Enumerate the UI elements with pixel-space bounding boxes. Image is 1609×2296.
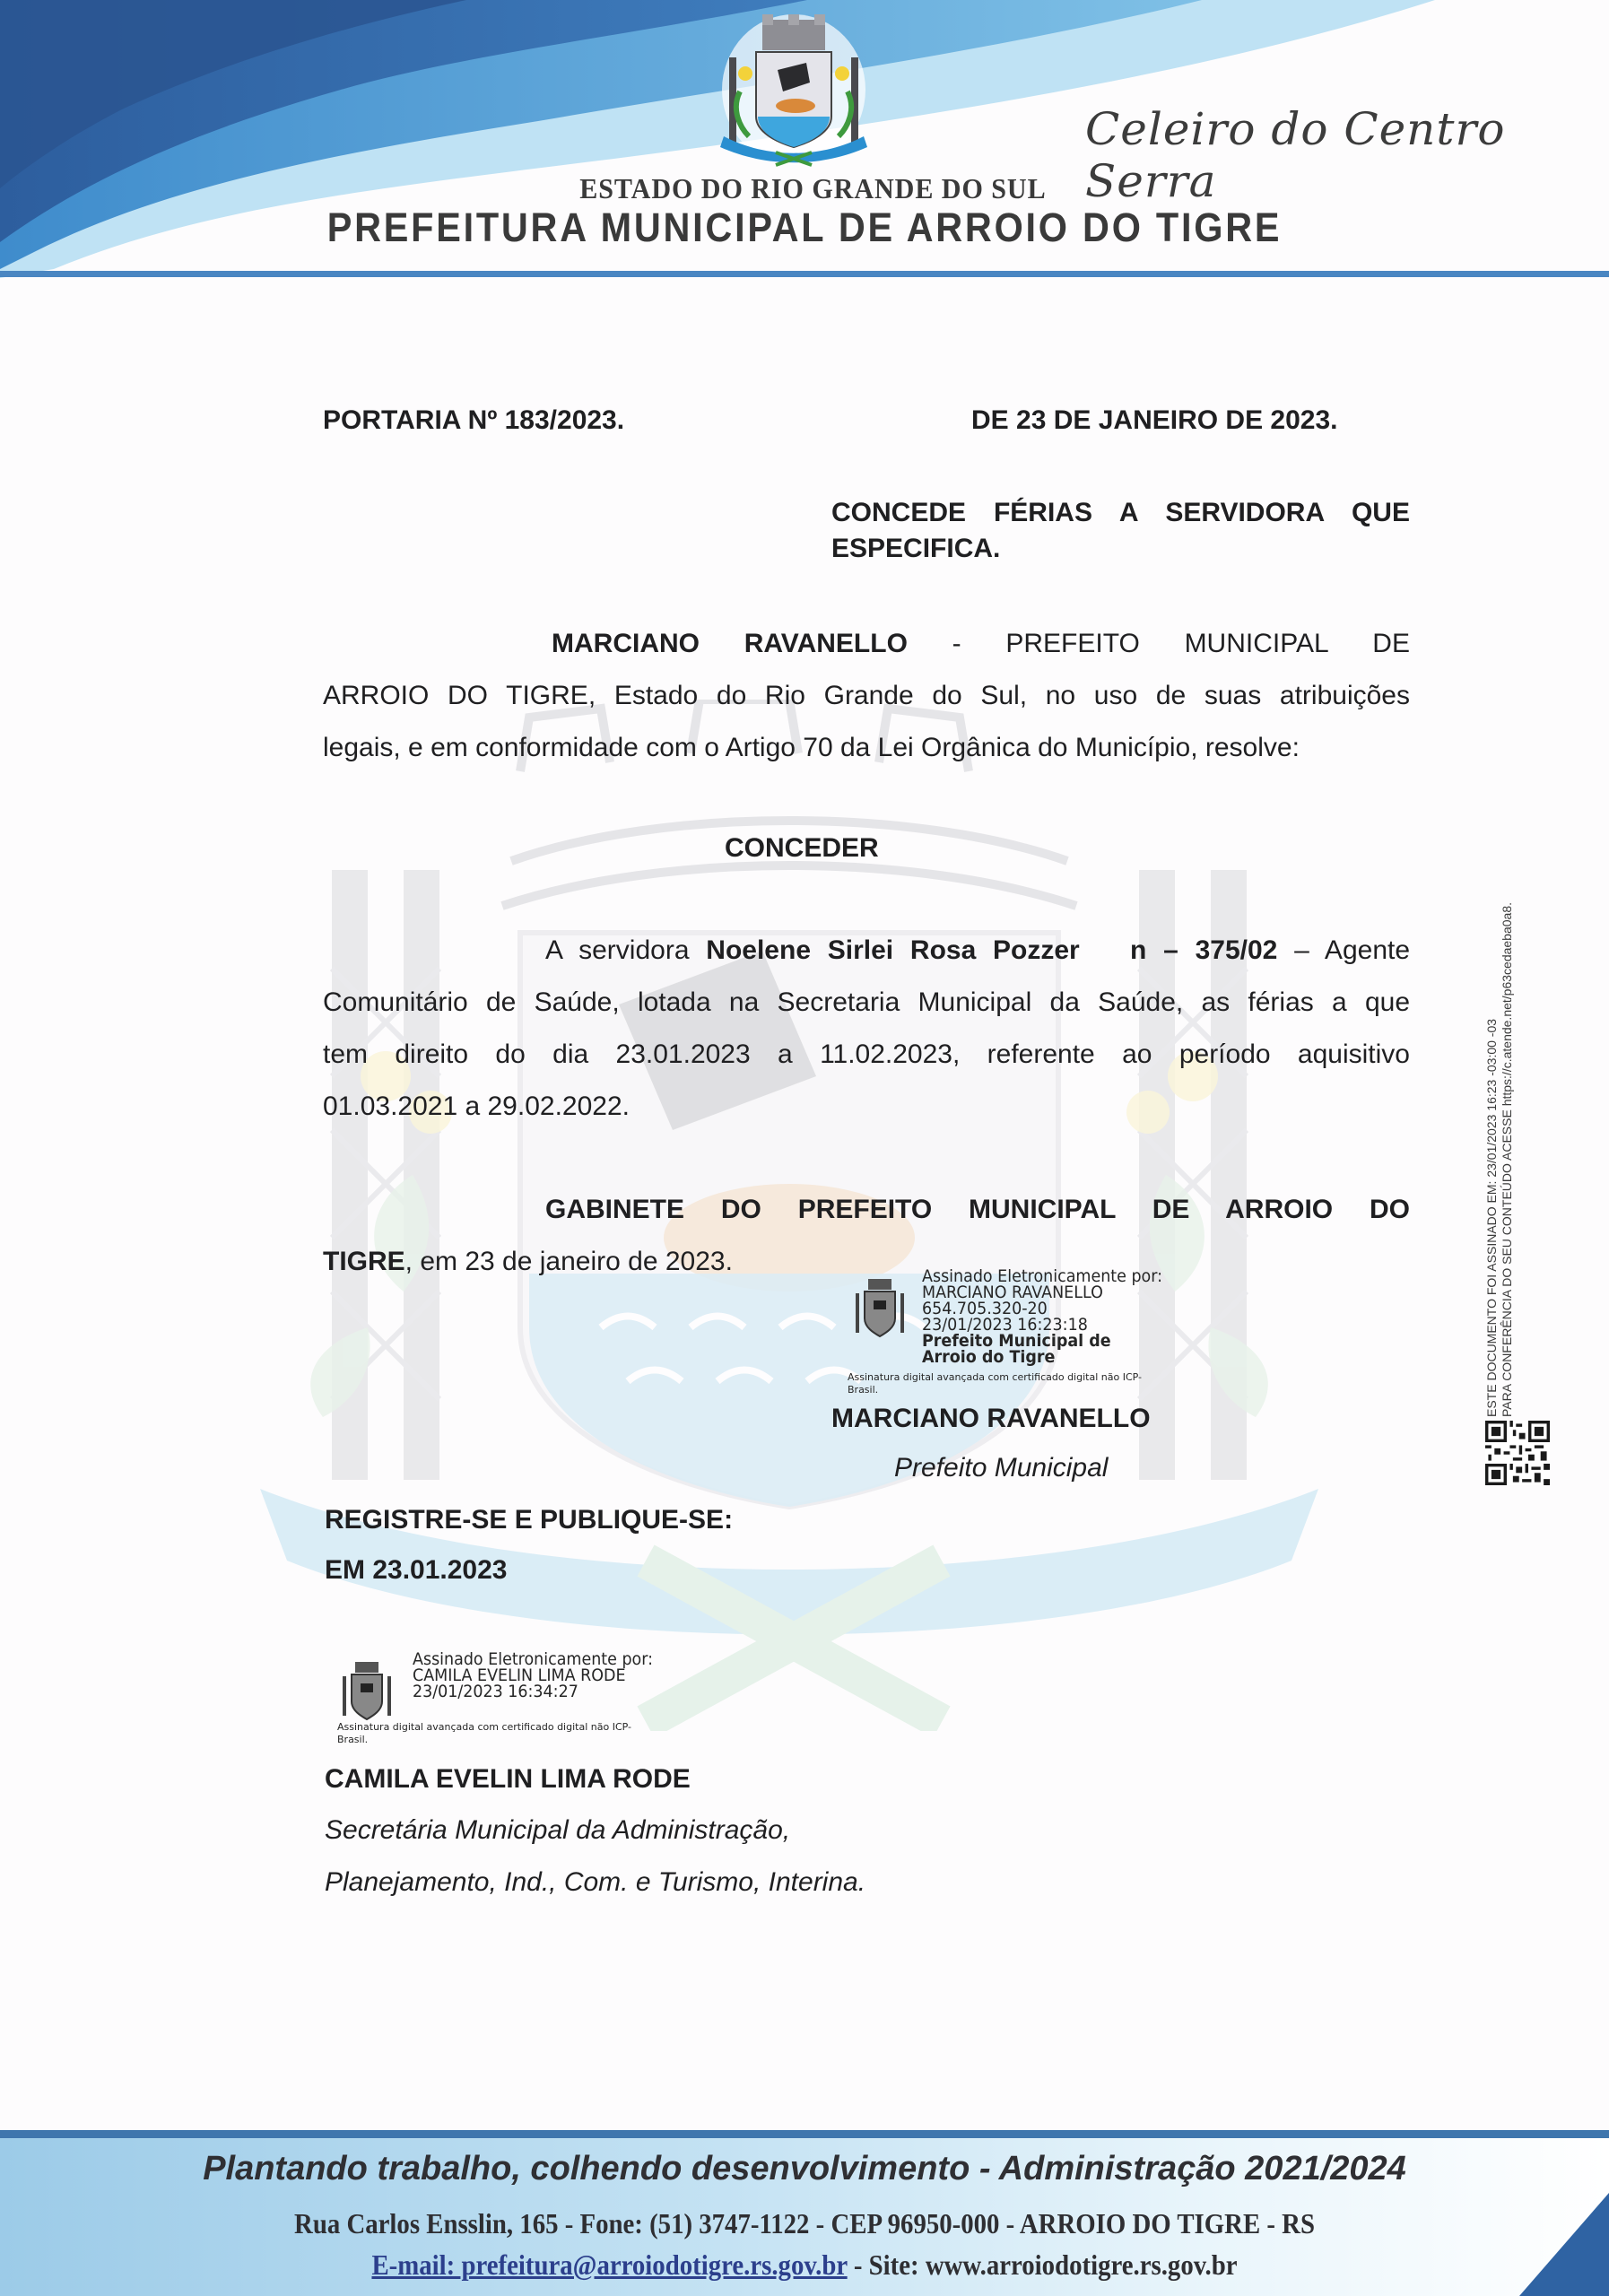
- city-hall-name: PREFEITURA MUNICIPAL DE ARROIO DO TIGRE: [65, 204, 1544, 251]
- verification-text: ESTE DOCUMENTO FOI ASSINADO EM: 23/01/20…: [1484, 902, 1515, 1417]
- register-date: EM 23.01.2023: [325, 1544, 507, 1596]
- footer-contact: E-mail: prefeitura@arroiodotigre.rs.gov.…: [81, 2248, 1529, 2282]
- letterhead: Celeiro do Centro Serra ESTADO DO RIO GR…: [0, 0, 1609, 278]
- footer: Plantando trabalho, colhendo desenvolvim…: [0, 2130, 1609, 2296]
- footer-address: Rua Carlos Ensslin, 165 - Fone: (51) 374…: [81, 2207, 1529, 2240]
- employee-number: n – 375/02: [1130, 935, 1277, 965]
- mayor-name: MARCIANO RAVANELLO: [552, 629, 908, 658]
- verification-link[interactable]: PARA CONFERÊNCIA DO SEU CONTEÚDO ACESSE …: [1500, 902, 1515, 1417]
- grant-line-3: tem direito do dia 23.01.2023 a 11.02.20…: [323, 1029, 1410, 1081]
- mayor-signature-role: Prefeito Municipal: [894, 1442, 1108, 1494]
- closing-line-1: GABINETE DO PREFEITO MUNICIPAL DE ARROIO…: [323, 1184, 1410, 1236]
- grant-line-1: A servidora Noelene Sirlei Rosa Pozzer n…: [323, 925, 1410, 977]
- coat-of-arms-icon: [713, 11, 874, 168]
- grant-line-2: Comunitário de Saúde, lotada na Secretar…: [323, 977, 1410, 1029]
- register-label: REGISTRE-SE E PUBLIQUE-SE:: [325, 1494, 733, 1546]
- preamble-line-2: ARROIO DO TIGRE, Estado do Rio Grande do…: [323, 670, 1410, 722]
- ordinance-date: DE 23 DE JANEIRO DE 2023.: [971, 395, 1338, 447]
- footer-slogan: Plantando trabalho, colhendo desenvolvim…: [0, 2150, 1609, 2188]
- ordinance-number: PORTARIA Nº 183/2023.: [323, 395, 624, 447]
- grant-paragraph: A servidora Noelene Sirlei Rosa Pozzer n…: [323, 925, 1410, 1133]
- seal-icon: [339, 1660, 395, 1723]
- ordinance-summary: CONCEDE FÉRIAS A SERVIDORA QUE ESPECIFIC…: [831, 495, 1410, 567]
- stamp-timestamp: 23/01/2023 16:34:27: [413, 1683, 653, 1700]
- secretary-role-line-2: Planejamento, Ind., Com. e Turismo, Inte…: [325, 1857, 865, 1909]
- action-heading: CONCEDER: [725, 822, 879, 874]
- footer-corner-decoration: [1519, 2193, 1609, 2296]
- preamble-line-1: MARCIANO RAVANELLO - PREFEITO MUNICIPAL …: [323, 618, 1410, 670]
- secretary-role-line-1: Secretária Municipal da Administração,: [325, 1805, 790, 1857]
- grant-line-4: 01.03.2021 a 29.02.2022.: [323, 1081, 1410, 1133]
- employee-name: Noelene Sirlei Rosa Pozzer: [706, 935, 1079, 965]
- email-link[interactable]: E-mail: prefeitura@arroiodotigre.rs.gov.…: [371, 2248, 847, 2281]
- preamble-paragraph: MARCIANO RAVANELLO - PREFEITO MUNICIPAL …: [323, 618, 1410, 774]
- preamble-line-3: legais, e em conformidade com o Artigo 7…: [323, 722, 1410, 774]
- qr-code-icon[interactable]: [1485, 1421, 1550, 1485]
- header-divider: [0, 271, 1609, 277]
- state-name: ESTADO DO RIO GRANDE DO SUL: [48, 172, 1561, 205]
- closing-paragraph: GABINETE DO PREFEITO MUNICIPAL DE ARROIO…: [323, 1184, 1410, 1288]
- seal-icon: [852, 1277, 908, 1340]
- footer-divider: [0, 2130, 1609, 2138]
- secretary-signature-name: CAMILA EVELIN LIMA RODE: [325, 1753, 691, 1805]
- site-link[interactable]: Site: www.arroiodotigre.rs.gov.br: [869, 2248, 1238, 2281]
- mayor-signature-name: MARCIANO RAVANELLO: [831, 1393, 1151, 1445]
